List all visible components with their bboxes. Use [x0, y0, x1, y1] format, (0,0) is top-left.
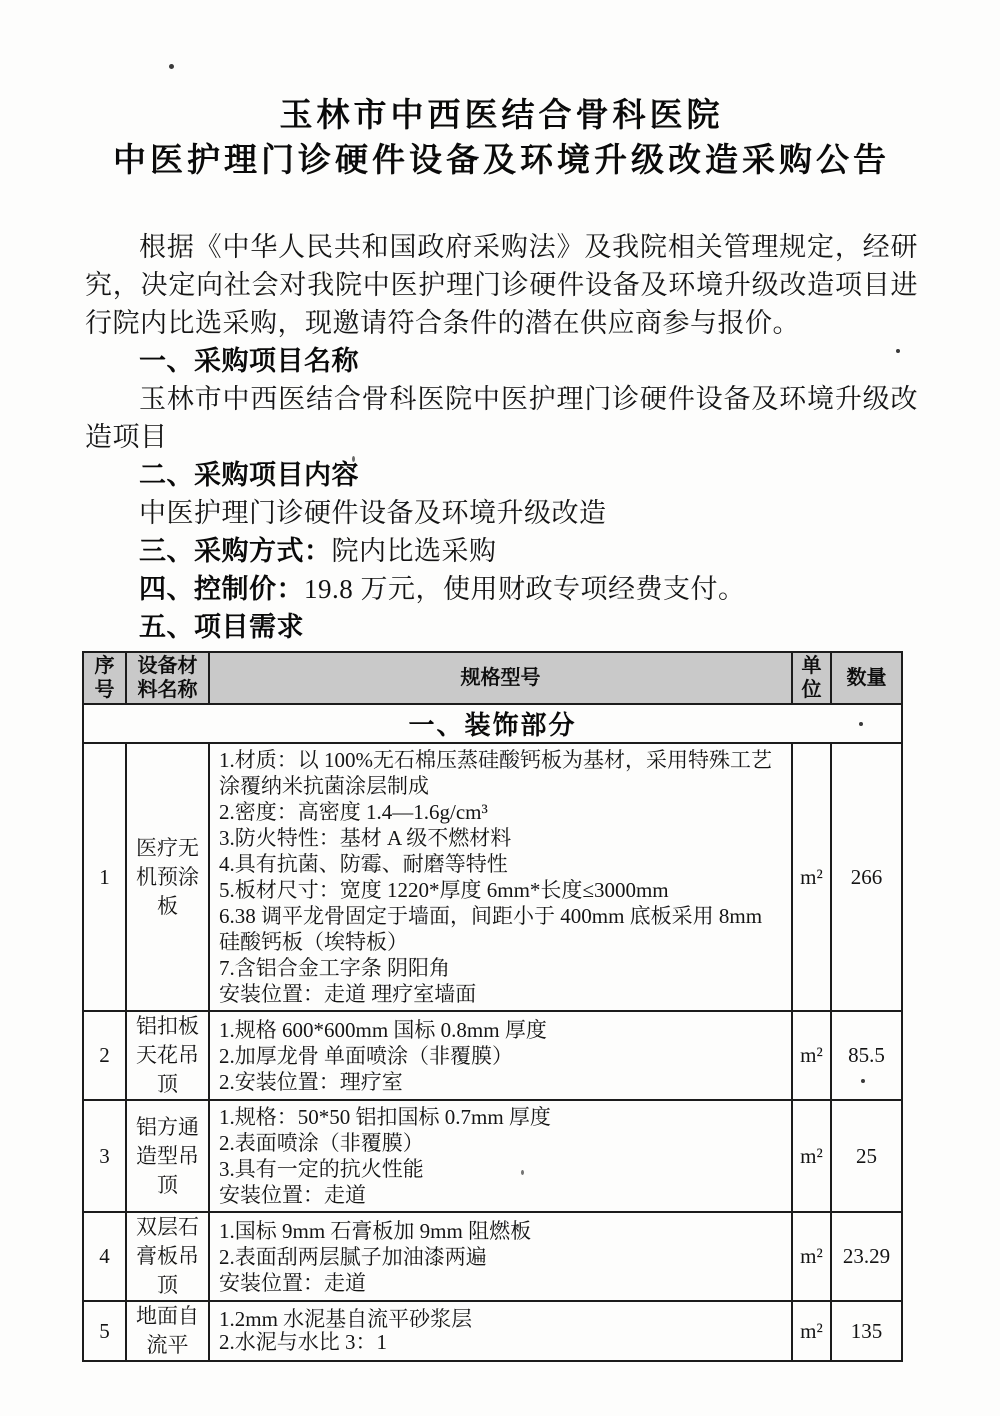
document-title-line2: 中医护理门诊硬件设备及环境升级改造采购公告 [85, 137, 918, 182]
document-title: 玉林市中西医结合骨科医院 中医护理门诊硬件设备及环境升级改造采购公告 [85, 92, 918, 182]
section-3-line: 三、采购方式：院内比选采购 [85, 532, 918, 570]
scan-speck [169, 64, 174, 69]
scan-speck [896, 349, 900, 353]
row-spec: 1.2mm 水泥基自流平砂浆层 2.水泥与水比 3：1 [209, 1301, 792, 1361]
section-2-body-text: 中医护理门诊硬件设备及环境升级改造 [139, 498, 607, 528]
row-qty: 85.5 [831, 1011, 902, 1100]
section-4-value: 19.8 万元，使用财政专项经费支付。 [304, 574, 746, 604]
table-row: 4 双层石膏板吊顶 1.国标 9mm 石膏板加 9mm 阻燃板 2.表面刮两层腻… [83, 1212, 902, 1301]
scanned-procurement-notice-page: 玉林市中西医结合骨科医院 中医护理门诊硬件设备及环境升级改造采购公告 根据《中华… [0, 0, 1000, 1416]
header-spec: 规格型号 [209, 652, 792, 704]
section-4-line: 四、控制价：19.8 万元，使用财政专项经费支付。 [85, 570, 918, 608]
row-index: 1 [83, 743, 126, 1011]
table-row: 5 地面自流平 1.2mm 水泥基自流平砂浆层 2.水泥与水比 3：1 m² 1… [83, 1301, 902, 1361]
row-qty: 266 [831, 743, 902, 1011]
section-1-heading: 一、采购项目名称 [85, 342, 918, 380]
row-unit: m² [792, 1011, 831, 1100]
section-3-heading-text: 三、采购方式： [139, 536, 332, 566]
row-qty: 135 [831, 1301, 902, 1361]
scan-speck [516, 1224, 519, 1228]
row-qty: 25 [831, 1100, 902, 1212]
header-unit: 单位 [792, 652, 831, 704]
row-material-name: 铝方通造型吊顶 [126, 1100, 209, 1212]
header-name: 设备材料名称 [126, 652, 209, 704]
section-4-heading-text: 四、控制价： [139, 574, 304, 604]
row-unit: m² [792, 743, 831, 1011]
section-2-heading: 二、采购项目内容 [85, 456, 918, 494]
row-spec: 1.规格：50*50 铝扣国标 0.7mm 厚度 2.表面喷涂（非覆膜） 3.具… [209, 1100, 792, 1212]
scan-speck [352, 456, 355, 462]
header-index: 序号 [83, 652, 126, 704]
section-1-heading-text: 一、采购项目名称 [139, 346, 359, 376]
document-content: 玉林市中西医结合骨科医院 中医护理门诊硬件设备及环境升级改造采购公告 根据《中华… [85, 92, 918, 1362]
section-5-heading-text: 五、项目需求 [139, 612, 304, 642]
row-qty: 23.29 [831, 1212, 902, 1301]
row-material-name: 地面自流平 [126, 1301, 209, 1361]
section-2-body: 中医护理门诊硬件设备及环境升级改造 [85, 494, 918, 532]
section-1-body: 玉林市中西医结合骨科医院中医护理门诊硬件设备及环境升级改造项目 [85, 380, 918, 456]
table-section-row: 一、装饰部分 [83, 704, 902, 743]
row-index: 4 [83, 1212, 126, 1301]
row-spec: 1.国标 9mm 石膏板加 9mm 阻燃板 2.表面刮两层腻子加油漆两遍 安装位… [209, 1212, 792, 1301]
table-header-row: 序号 设备材料名称 规格型号 单位 数量 [83, 652, 902, 704]
row-unit: m² [792, 1301, 831, 1361]
table-row: 2 铝扣板天花吊顶 1.规格 600*600mm 国标 0.8mm 厚度 2.加… [83, 1011, 902, 1100]
row-spec: 1.规格 600*600mm 国标 0.8mm 厚度 2.加厚龙骨 单面喷涂（非… [209, 1011, 792, 1100]
scan-speck [861, 1079, 865, 1083]
row-index: 3 [83, 1100, 126, 1212]
table-row: 3 铝方通造型吊顶 1.规格：50*50 铝扣国标 0.7mm 厚度 2.表面喷… [83, 1100, 902, 1212]
intro-paragraph: 根据《中华人民共和国政府采购法》及我院相关管理规定，经研究，决定向社会对我院中医… [85, 228, 918, 342]
row-material-name: 医疗无机预涂板 [126, 743, 209, 1011]
document-title-line1: 玉林市中西医结合骨科医院 [85, 92, 918, 137]
section-3-value: 院内比选采购 [332, 536, 497, 566]
row-unit: m² [792, 1100, 831, 1212]
row-spec: 1.材质：以 100%无石棉压蒸硅酸钙板为基材，采用特殊工艺涂覆纳米抗菌涂层制成… [209, 743, 792, 1011]
scan-speck [859, 722, 863, 726]
row-material-name: 铝扣板天花吊顶 [126, 1011, 209, 1100]
scan-speck [511, 508, 514, 511]
scan-speck [521, 1170, 524, 1175]
header-qty: 数量 [831, 652, 902, 704]
row-index: 5 [83, 1301, 126, 1361]
section-2-heading-text: 二、采购项目内容 [139, 460, 359, 490]
table-section-title: 一、装饰部分 [83, 704, 902, 743]
requirements-table: 序号 设备材料名称 规格型号 单位 数量 一、装饰部分 1 医疗无机预涂板 1.… [82, 651, 903, 1362]
table-row: 1 医疗无机预涂板 1.材质：以 100%无石棉压蒸硅酸钙板为基材，采用特殊工艺… [83, 743, 902, 1011]
row-material-name: 双层石膏板吊顶 [126, 1212, 209, 1301]
row-unit: m² [792, 1212, 831, 1301]
section-5-heading: 五、项目需求 [85, 608, 918, 646]
row-index: 2 [83, 1011, 126, 1100]
